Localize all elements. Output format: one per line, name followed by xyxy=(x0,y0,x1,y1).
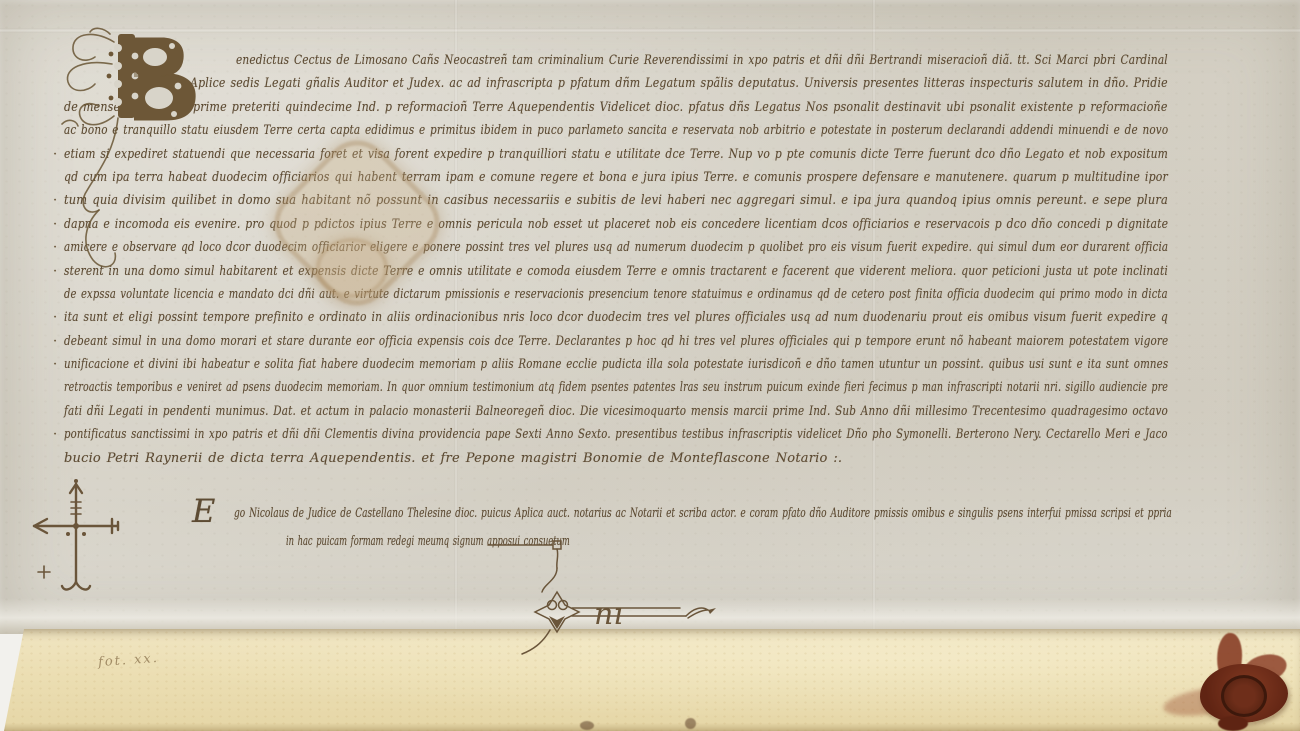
cadel-flourishes xyxy=(62,28,118,266)
manuscript-text-line: de expssa voluntate licencia e mandato d… xyxy=(64,283,1168,306)
manuscript-text-line: bucio Petri Raynerii de dicta terra Aque… xyxy=(64,447,1168,470)
bottom-edge-ink-mark xyxy=(580,721,594,730)
manuscript-text-line: fati dñi Legati in pendenti munimus. Dat… xyxy=(64,400,1168,423)
manuscript-text-line: ·unificacione et divini ibi habeatur e s… xyxy=(64,353,1168,376)
margin-dot: · xyxy=(53,330,57,353)
manuscript-text-line: ·ita sunt et eligi possint tempore prefi… xyxy=(64,306,1168,329)
subscription-initial-E: E xyxy=(192,492,215,530)
parchment-charter-scan: enedictus Cectus de Limosano Cañs Neocas… xyxy=(0,0,1300,731)
decorated-initial-B xyxy=(54,24,244,284)
signum-letters: nı xyxy=(594,597,623,632)
manuscript-text-line: ·debeant simul in una domo morari et sta… xyxy=(64,330,1168,353)
margin-dot: · xyxy=(53,306,57,329)
margin-dot: · xyxy=(53,423,57,446)
notarial-signum: nı xyxy=(468,538,778,663)
bottom-edge-ink-mark xyxy=(685,718,696,729)
seal-wax-fragment xyxy=(1218,716,1248,731)
seal-matrix-ring xyxy=(1221,675,1267,717)
subscription-line: go Nicolaus de Judice de Castellano Thel… xyxy=(234,502,1172,526)
manuscript-text-line: retroactis temporibus e veniret ad psens… xyxy=(64,376,1168,399)
notary-cross-sign xyxy=(24,478,124,593)
wax-seal-remnant xyxy=(1155,628,1300,731)
manuscript-text-line: ·pontificatus sanctissimi in xpo patris … xyxy=(64,423,1168,446)
margin-dot: · xyxy=(53,353,57,376)
